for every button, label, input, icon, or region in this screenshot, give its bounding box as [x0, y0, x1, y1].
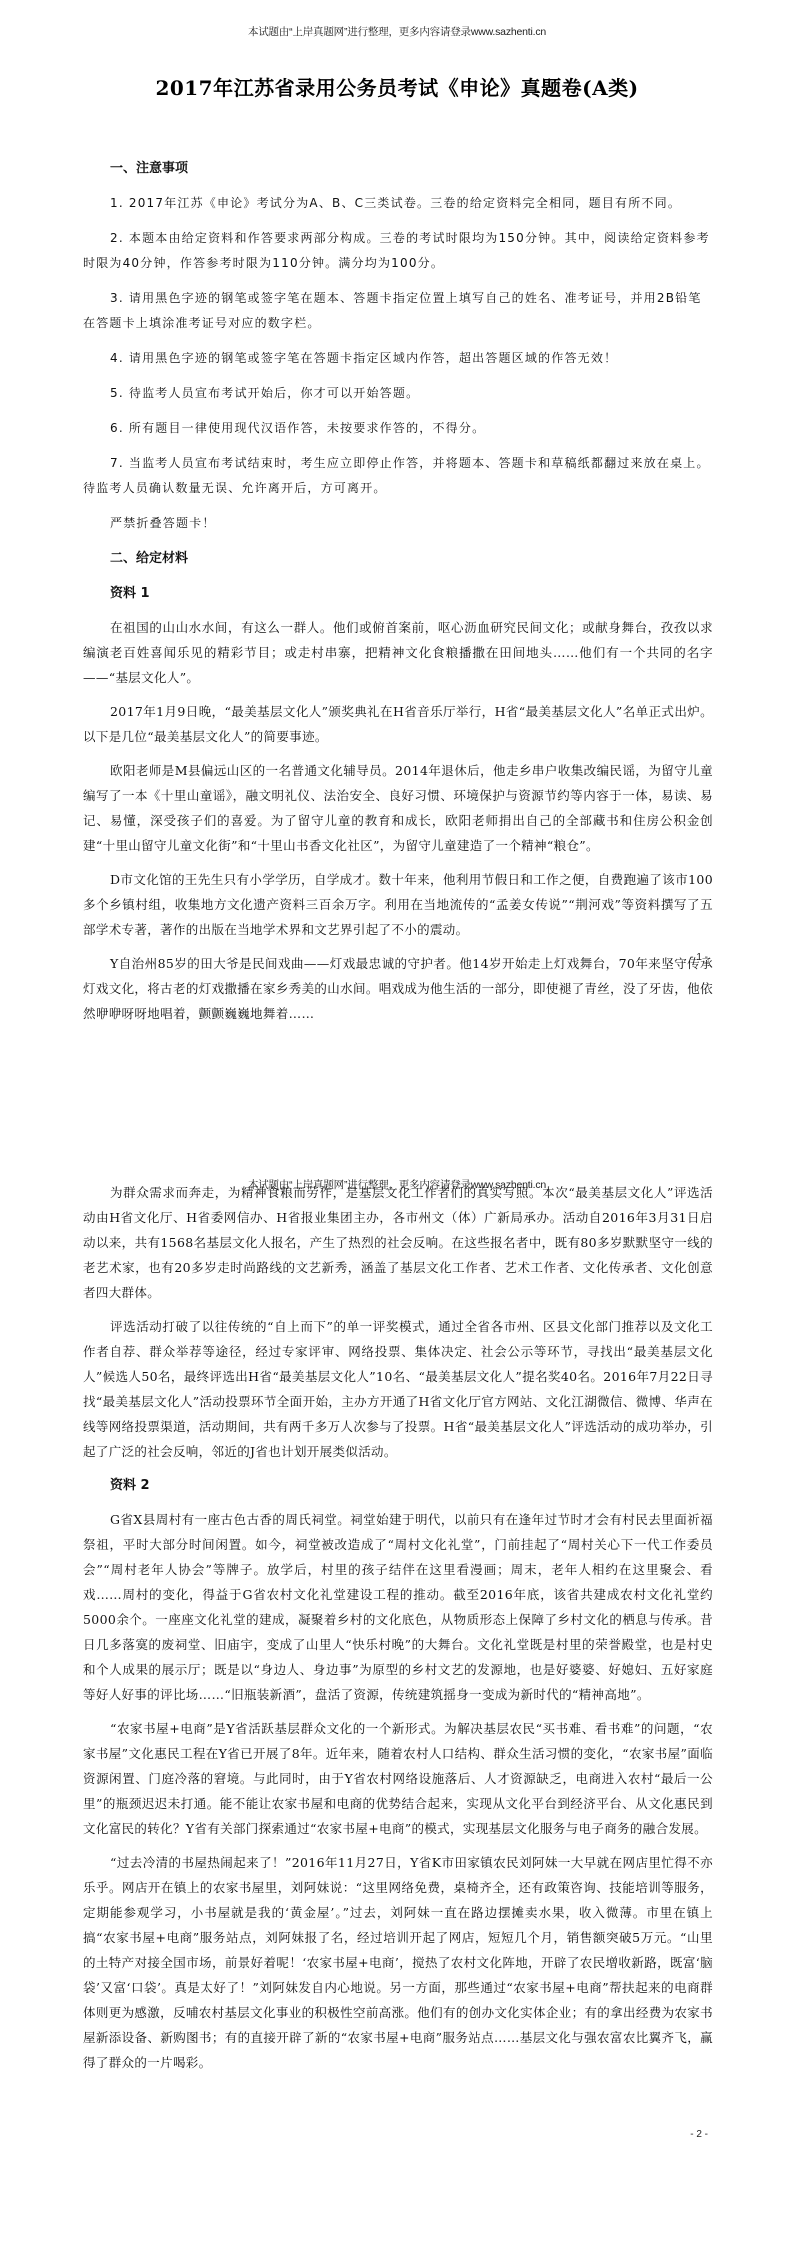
note-item: 2. 本题本由给定资料和作答要求两部分构成。三卷的考试时限均为150分钟。其中，… [83, 226, 713, 276]
material-paragraph: D市文化馆的王先生只有小学学历，自学成才。数十年来，他利用节假日和工作之便，自费… [83, 867, 713, 942]
material-1-heading: 资料 1 [83, 581, 713, 606]
material-paragraph: G省X县周村有一座古色古香的周氏祠堂。祠堂始建于明代，以前只有在逢年过节时才会有… [83, 1507, 713, 1707]
document-title: 2017年江苏省录用公务员考试《申论》真题卷(A类) [0, 72, 794, 101]
note-item: 4. 请用黑色字迹的钢笔或签字笔在答题卡指定区域内作答，超出答题区域的作答无效！ [83, 346, 713, 371]
material-paragraph: 评选活动打破了以往传统的“自上而下”的单一评奖模式，通过全省各市州、区县文化部门… [83, 1314, 713, 1464]
material-paragraph: 在祖国的山山水水间，有这么一群人。他们或俯首案前，呕心沥血研究民间文化；或献身舞… [83, 615, 713, 690]
material-paragraph: “过去冷清的书屋热闹起来了！”2016年11月27日，Y省K市田家镇农民刘阿妹一… [83, 1850, 713, 2075]
page-number: - 2 - [690, 2129, 708, 2140]
material-paragraph: Y自治州85岁的田大爷是民间戏曲——灯戏最忠诚的守护者。他14岁开始走上灯戏舞台… [83, 951, 713, 1026]
note-item: 3. 请用黑色字迹的钢笔或签字笔在题本、答题卡指定位置上填写自己的姓名、准考证号… [83, 286, 713, 336]
document-page-2: 本试题由“上岸真题网”进行整理，更多内容请登录www.sazhenti.cn 为… [0, 1122, 794, 2244]
note-item: 7. 当监考人员宣布考试结束时，考生应立即停止作答，并将题本、答题卡和草稿纸都翻… [83, 451, 713, 501]
section-heading-materials: 二、给定材料 [83, 546, 713, 571]
watermark-header: 本试题由“上岸真题网”进行整理，更多内容请登录www.sazhenti.cn [0, 24, 794, 39]
page-2-body: 为群众需求而奔走，为精神食粮而劳作，是基层文化工作者们的真实写照。本次“最美基层… [83, 1180, 713, 2084]
note-item: 1. 2017年江苏《申论》考试分为A、B、C三类试卷。三卷的给定资料完全相同，… [83, 191, 713, 216]
material-paragraph: 为群众需求而奔走，为精神食粮而劳作，是基层文化工作者们的真实写照。本次“最美基层… [83, 1180, 713, 1305]
material-paragraph: 2017年1月9日晚，“最美基层文化人”颁奖典礼在H省音乐厅举行，H省“最美基层… [83, 699, 713, 749]
document-page-1: 本试题由“上岸真题网”进行整理，更多内容请登录www.sazhenti.cn 2… [0, 0, 794, 1122]
material-paragraph: 欧阳老师是M县偏远山区的一名普通文化辅导员。2014年退休后，他走乡串户收集改编… [83, 758, 713, 858]
page-1-body: 一、注意事项 1. 2017年江苏《申论》考试分为A、B、C三类试卷。三卷的给定… [83, 156, 713, 1035]
note-warning: 严禁折叠答题卡！ [83, 511, 713, 536]
section-heading-notes: 一、注意事项 [83, 156, 713, 181]
note-item: 6. 所有题目一律使用现代汉语作答，未按要求作答的，不得分。 [83, 416, 713, 441]
note-item: 5. 待监考人员宣布考试开始后，你才可以开始答题。 [83, 381, 713, 406]
material-2-heading: 资料 2 [83, 1473, 713, 1498]
material-paragraph: “农家书屋+电商”是Y省活跃基层群众文化的一个新形式。为解决基层农民“买书难、看… [83, 1716, 713, 1841]
page-number: - 1 - [690, 952, 708, 963]
